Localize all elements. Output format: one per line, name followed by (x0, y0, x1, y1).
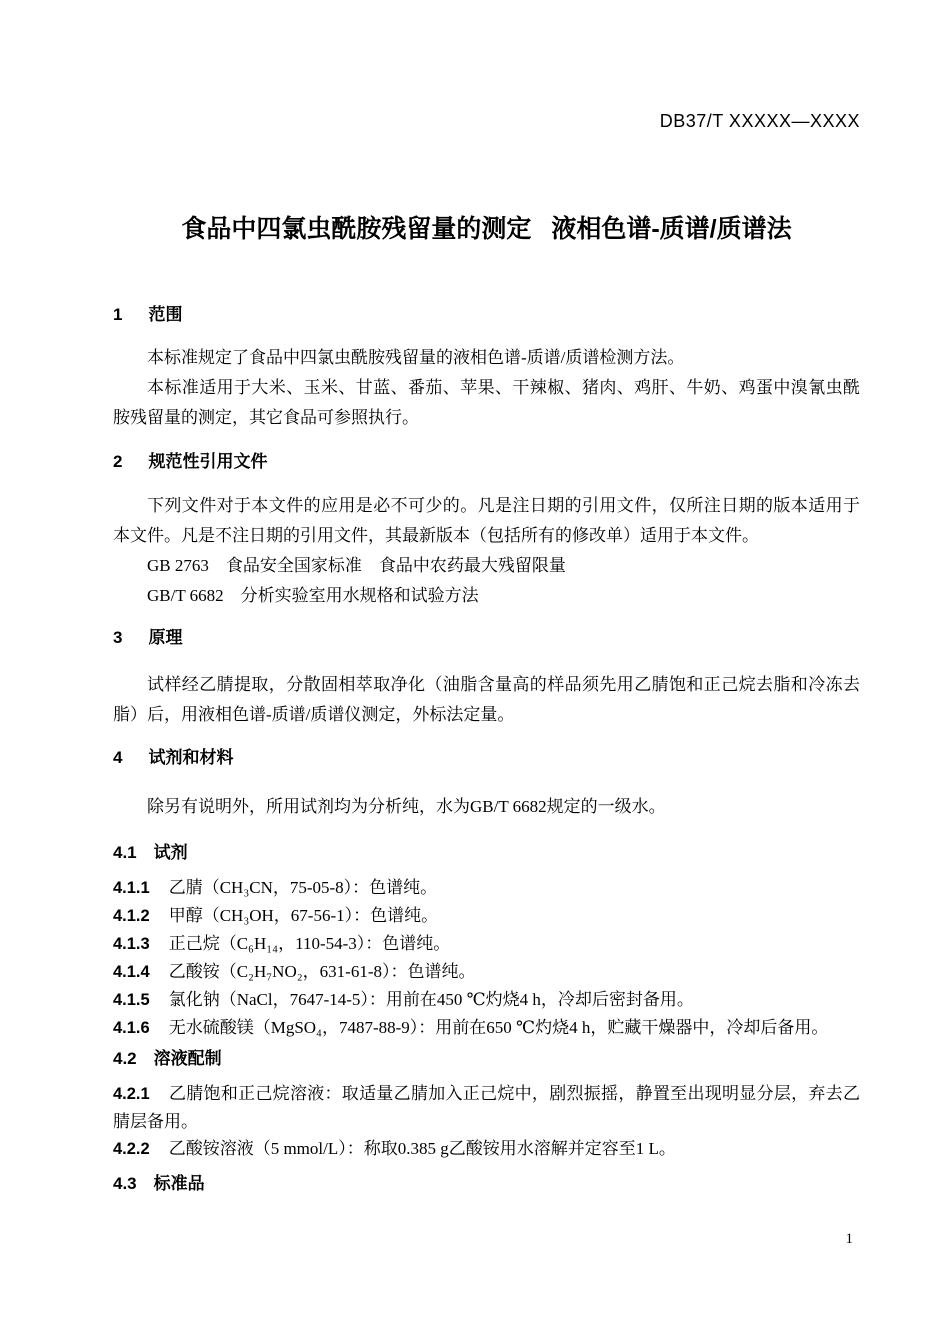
standard-code: DB37/T XXXXX—XXXX (113, 111, 860, 132)
section-number: 1 (113, 305, 122, 324)
subsection-number: 4.1 (113, 843, 137, 862)
document-title-part-1: 食品中四氯虫酰胺残留量的测定 (181, 215, 531, 243)
subsection-heading-solution-preparation: 4.2溶液配制 (113, 1048, 860, 1070)
section-number: 4 (113, 748, 122, 767)
clause: 4.1.6无水硫酸镁（MgSO₄，7487-88-9）：用前在650 ℃灼烧4 … (113, 1014, 860, 1042)
clause-text: 无水硫酸镁（MgSO₄，7487-88-9）：用前在650 ℃灼烧4 h，贮藏干… (169, 1018, 829, 1037)
clause-number: 4.2.1 (113, 1085, 150, 1103)
clause-list: 4.2.1乙腈饱和正己烷溶液：取适量乙腈加入正己烷中，剧烈振摇，静置至出现明显分… (113, 1080, 860, 1163)
page-content: DB37/T XXXXX—XXXX 食品中四氯虫酰胺残留量的测定液相色谱-质谱/… (0, 111, 950, 1195)
clause: 4.1.4乙酸铵（C₂H₇NO₂，631-61-8）：色谱纯。 (113, 958, 860, 986)
clause: 4.1.5氯化钠（NaCl，7647-14-5）：用前在450 ℃灼烧4 h，冷… (113, 986, 860, 1014)
section-heading-scope: 1范围 (113, 303, 860, 327)
page-number: 1 (846, 1230, 854, 1248)
section-title: 试剂和材料 (148, 748, 233, 767)
section-title: 范围 (148, 305, 182, 324)
normative-references-paragraph: 下列文件对于本文件的应用是必不可少的。凡是注日期的引用文件，仅所注日期的版本适用… (113, 491, 860, 551)
clause-number: 4.1.3 (113, 935, 150, 953)
subsection-title: 试剂 (154, 843, 188, 862)
clause-number: 4.1.1 (113, 879, 150, 897)
clause-number: 4.2.2 (113, 1140, 150, 1158)
reagents-intro-paragraph: 除另有说明外，所用试剂均为分析纯，水为GB/T 6682规定的一级水。 (113, 792, 860, 822)
referenced-document: GB 2763 食品安全国家标准 食品中农药最大残留限量 (113, 551, 860, 581)
document-page: DB37/T XXXXX—XXXX 食品中四氯虫酰胺残留量的测定液相色谱-质谱/… (0, 0, 950, 1344)
subsection-heading-standards: 4.3标准品 (113, 1173, 860, 1195)
clause-list: 4.1.1乙腈（CH₃CN，75-05-8）：色谱纯。 4.1.2甲醇（CH₃O… (113, 874, 860, 1042)
section-title: 原理 (148, 628, 182, 647)
clause: 4.2.1乙腈饱和正己烷溶液：取适量乙腈加入正己烷中，剧烈振摇，静置至出现明显分… (113, 1080, 860, 1135)
subsection-number: 4.3 (113, 1174, 137, 1193)
section-number: 2 (113, 452, 122, 471)
clause-number: 4.1.4 (113, 963, 150, 981)
section-heading-normative-references: 2规范性引用文件 (113, 450, 860, 474)
document-title-part-2: 液相色谱-质谱/质谱法 (551, 215, 791, 243)
section-number: 3 (113, 628, 122, 647)
section-title: 规范性引用文件 (148, 452, 267, 471)
clause: 4.1.3正己烷（C₆H₁₄，110-54-3）：色谱纯。 (113, 930, 860, 958)
subsection-number: 4.2 (113, 1049, 137, 1068)
clause-number: 4.1.2 (113, 907, 150, 925)
section-heading-reagents-materials: 4试剂和材料 (113, 746, 860, 770)
scope-paragraph: 本标准规定了食品中四氯虫酰胺残留量的液相色谱-质谱/质谱检测方法。 (113, 343, 860, 373)
clause-text: 乙酸铵（C₂H₇NO₂，631-61-8）：色谱纯。 (169, 962, 476, 981)
section-heading-principle: 3原理 (113, 626, 860, 650)
clause-text: 乙腈（CH₃CN，75-05-8）：色谱纯。 (169, 878, 437, 897)
clause-number: 4.1.5 (113, 991, 150, 1009)
document-title: 食品中四氯虫酰胺残留量的测定液相色谱-质谱/质谱法 (113, 212, 860, 246)
clause: 4.2.2乙酸铵溶液（5 mmol/L）：称取0.385 g乙酸铵用水溶解并定容… (113, 1135, 860, 1163)
referenced-document: GB/T 6682 分析实验室用水规格和试验方法 (113, 581, 860, 611)
clause-text: 乙腈饱和正己烷溶液：取适量乙腈加入正己烷中，剧烈振摇，静置至出现明显分层，弃去乙… (113, 1084, 860, 1131)
subsection-title: 标准品 (154, 1174, 205, 1193)
clause: 4.1.1乙腈（CH₃CN，75-05-8）：色谱纯。 (113, 874, 860, 902)
clause-text: 正己烷（C₆H₁₄，110-54-3）：色谱纯。 (169, 934, 451, 953)
principle-paragraph: 试样经乙腈提取，分散固相萃取净化（油脂含量高的样品须先用乙腈饱和正己烷去脂和冷冻… (113, 670, 860, 730)
clause-number: 4.1.6 (113, 1019, 150, 1037)
clause-text: 甲醇（CH₃OH，67-56-1）：色谱纯。 (169, 906, 438, 925)
clause-text: 氯化钠（NaCl，7647-14-5）：用前在450 ℃灼烧4 h，冷却后密封备… (169, 990, 694, 1009)
subsection-heading-reagents: 4.1试剂 (113, 842, 860, 864)
subsection-title: 溶液配制 (154, 1049, 222, 1068)
clause: 4.1.2甲醇（CH₃OH，67-56-1）：色谱纯。 (113, 902, 860, 930)
clause-text: 乙酸铵溶液（5 mmol/L）：称取0.385 g乙酸铵用水溶解并定容至1 L。 (169, 1139, 676, 1158)
scope-paragraph: 本标准适用于大米、玉米、甘蓝、番茄、苹果、干辣椒、猪肉、鸡肝、牛奶、鸡蛋中溴氰虫… (113, 373, 860, 433)
